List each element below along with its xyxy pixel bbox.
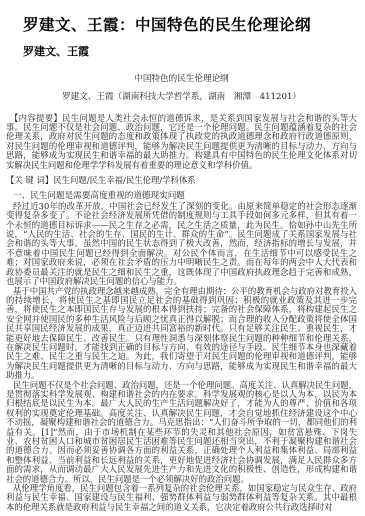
document-page: 罗建文、王霞：中国特色的民生伦理论纲 罗建文、王霞 中国特色的民生伦理论纲 罗建… bbox=[0, 0, 365, 516]
body-paragraph: 经过近30年的改革开放，中国社会已经发生了深刻的变化。由原来简单稳定的社会形态逐… bbox=[6, 202, 357, 287]
page-heading: 罗建文、王霞：中国特色的民生伦理论纲 bbox=[23, 16, 357, 35]
keywords-block: 【关 键 词】民生问题/民生幸福/民生伦理/学科体系 bbox=[6, 176, 357, 185]
byline: 罗建文、王霞 bbox=[23, 43, 357, 59]
authors-affiliation: 罗建文、王霞（湖南科技大学哲学系，湖南 湘潭 411201） bbox=[6, 92, 357, 102]
keywords-label: 【关 键 词】 bbox=[6, 175, 53, 185]
body-paragraph: 基于中国共产党的执政理念越来越成熟，完全有理由期待：公平的教育机会与政府对教育投… bbox=[6, 287, 357, 381]
keywords-text: 民生问题/民生幸福/民生伦理/学科体系 bbox=[53, 175, 195, 185]
body-paragraph: 民生问题不仅是个社会问题、政治问题，还是一个伦理问题。高度关注、认真解决民生问题… bbox=[6, 381, 357, 484]
article-title: 中国特色的民生伦理论纲 bbox=[6, 74, 357, 84]
abstract-text: 民生问题是人类社会永恒的道德诉求，是关系到国家发展与社会和谐的头等大事。民生问题… bbox=[6, 113, 357, 170]
abstract-block: 【内容提要】民生问题是人类社会永恒的道德诉求，是关系到国家发展与社会和谐的头等大… bbox=[6, 114, 357, 170]
body-paragraph: 从伦理学角度看，民生问题包含着一系列复杂的社会伦理关系，如国家稳定与民众生存、政… bbox=[6, 484, 357, 512]
